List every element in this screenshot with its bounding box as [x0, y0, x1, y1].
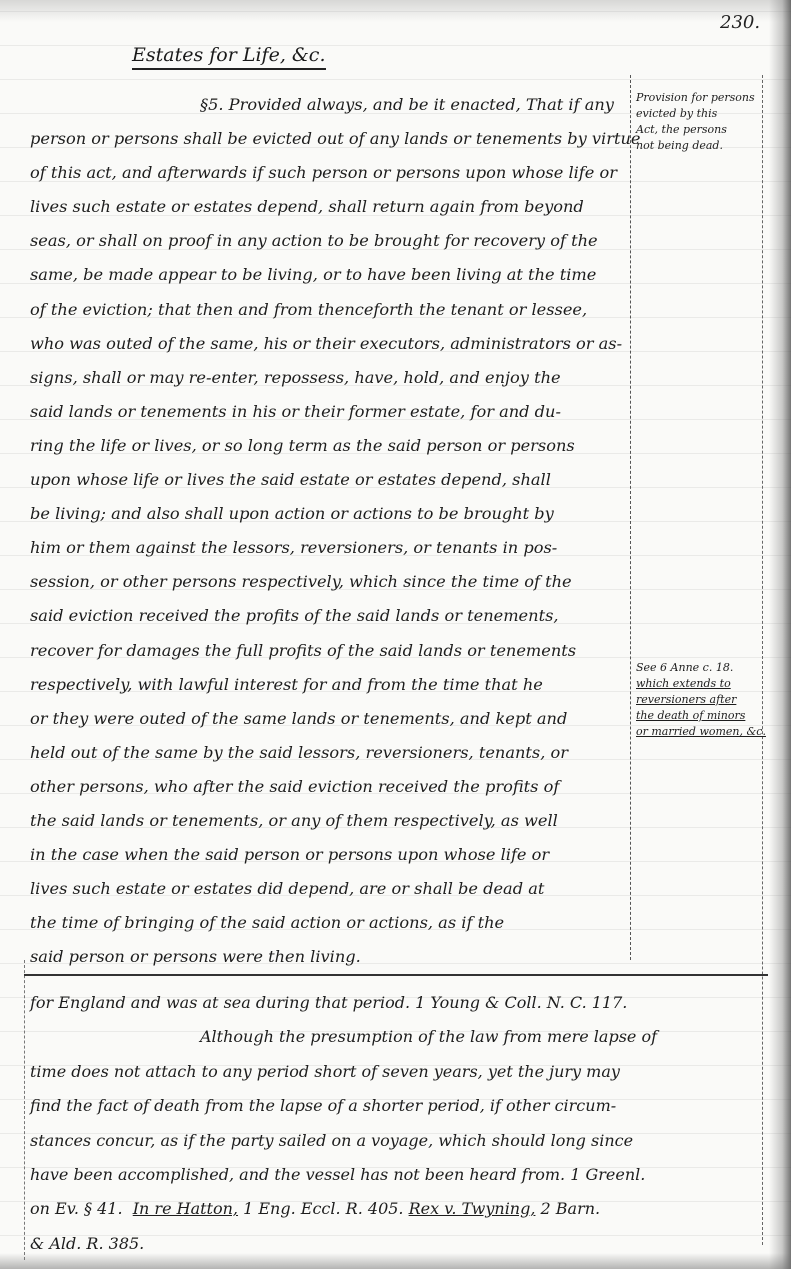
manuscript-page: 230. Estates for Life, &c. §5. Provided …: [0, 0, 791, 1269]
footnote-line: find the fact of death from the lapse of…: [30, 1089, 760, 1123]
body-line: ring the life or lives, or so long term …: [30, 429, 626, 463]
footnote-line: time does not attach to any period short…: [30, 1055, 760, 1089]
body-line: seas, or shall on proof in any action to…: [30, 224, 626, 258]
margin-note-line: Act, the persons: [636, 122, 760, 138]
citation-text: 1 Eng. Eccl. R. 405.: [243, 1199, 403, 1218]
margin-rule-inner: [630, 75, 631, 960]
scan-right-edge: [769, 0, 791, 1269]
footnote-line: & Ald. R. 385.: [30, 1227, 760, 1261]
margin-note-line: reversioners after: [636, 692, 760, 708]
body-line: him or them against the lessors, reversi…: [30, 531, 626, 565]
body-line: same, be made appear to be living, or to…: [30, 258, 626, 292]
body-line: upon whose life or lives the said estate…: [30, 463, 626, 497]
case-citation-twyning: Rex v. Twyning,: [409, 1199, 536, 1218]
body-line: said person or persons were then living.: [30, 940, 626, 974]
margin-note-cross-reference: See 6 Anne c. 18. which extends to rever…: [636, 660, 760, 740]
margin-note-line: the death of minors: [636, 708, 760, 724]
body-line: the time of bringing of the said action …: [30, 906, 626, 940]
page-heading: Estates for Life, &c.: [132, 44, 326, 70]
citation-text: 2 Barn.: [541, 1199, 601, 1218]
body-line: session, or other persons respectively, …: [30, 565, 626, 599]
margin-note-line: Provision for persons: [636, 90, 760, 106]
body-line: the said lands or tenements, or any of t…: [30, 804, 626, 838]
statute-body: §5. Provided always, and be it enacted, …: [30, 88, 626, 974]
footnote-line: Although the presumption of the law from…: [30, 1020, 760, 1054]
scan-top-edge: [0, 0, 791, 22]
margin-note-line: or married women, &c.: [636, 724, 760, 740]
body-line: said lands or tenements in his or their …: [30, 395, 626, 429]
body-line: who was outed of the same, his or their …: [30, 327, 626, 361]
body-line: said eviction received the profits of th…: [30, 599, 626, 633]
case-citation-hatton: In re Hatton,: [133, 1199, 238, 1218]
body-line: in the case when the said person or pers…: [30, 838, 626, 872]
margin-note-line: not being dead.: [636, 138, 760, 154]
body-line: lives such estate or estates depend, sha…: [30, 190, 626, 224]
page-number: 230.: [720, 12, 760, 33]
citation-text: on Ev. § 41.: [30, 1199, 123, 1218]
body-line: of this act, and afterwards if such pers…: [30, 156, 626, 190]
body-line: person or persons shall be evicted out o…: [30, 122, 626, 156]
body-line: of the eviction; that then and from then…: [30, 293, 626, 327]
body-line: held out of the same by the said lessors…: [30, 736, 626, 770]
body-line: other persons, who after the said evicti…: [30, 770, 626, 804]
body-line: be living; and also shall upon action or…: [30, 497, 626, 531]
body-line: signs, shall or may re-enter, repossess,…: [30, 361, 626, 395]
footnote-left-rule: [24, 960, 25, 1260]
body-line: §5. Provided always, and be it enacted, …: [30, 88, 626, 122]
body-line: or they were outed of the same lands or …: [30, 702, 626, 736]
footnote-line: for England and was at sea during that p…: [30, 986, 760, 1020]
margin-note-line: which extends to: [636, 676, 760, 692]
body-line: respectively, with lawful interest for a…: [30, 668, 626, 702]
footnote-line: stances concur, as if the party sailed o…: [30, 1124, 760, 1158]
margin-rule-outer: [762, 75, 763, 1245]
margin-note-line: See 6 Anne c. 18.: [636, 660, 760, 676]
body-line: recover for damages the full profits of …: [30, 634, 626, 668]
footnote-line: on Ev. § 41. In re Hatton, 1 Eng. Eccl. …: [30, 1192, 760, 1226]
margin-note-line: evicted by this: [636, 106, 760, 122]
footnote-commentary: for England and was at sea during that p…: [30, 986, 760, 1261]
margin-note-provision: Provision for persons evicted by this Ac…: [636, 90, 760, 154]
footnote-line: have been accomplished, and the vessel h…: [30, 1158, 760, 1192]
body-line: lives such estate or estates did depend,…: [30, 872, 626, 906]
